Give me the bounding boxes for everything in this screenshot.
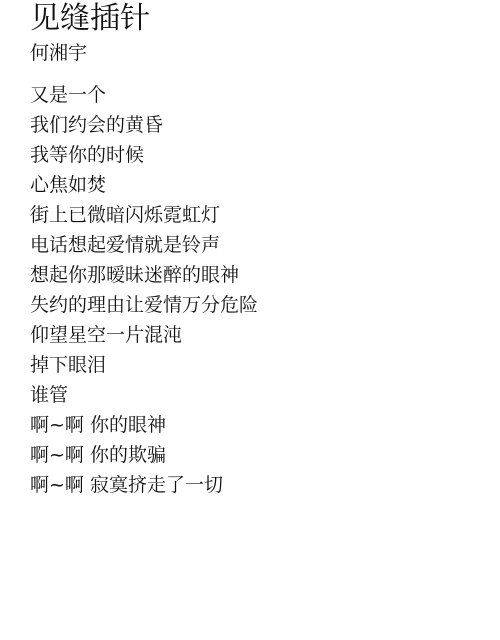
lyric-line: 心焦如焚 [30,170,500,200]
lyric-line: 想起你那暧昧迷醉的眼神 [30,260,500,290]
lyric-line: 我们约会的黄昏 [30,110,500,140]
lyric-line: 掉下眼泪 [30,350,500,380]
lyric-line: 又是一个 [30,80,500,110]
lyric-line: 谁管 [30,380,500,410]
lyric-line: 啊~啊 寂寞挤走了一切 [30,470,500,500]
song-title: 见缝插针 [30,0,500,38]
lyrics-page: 见缝插针 何湘宇 又是一个 我们约会的黄昏 我等你的时候 心焦如焚 街上已微暗闪… [30,0,500,500]
lyric-line: 失约的理由让爱情万分危险 [30,290,500,320]
lyric-line: 街上已微暗闪烁霓虹灯 [30,200,500,230]
lyric-line: 啊~啊 你的眼神 [30,410,500,440]
lyric-line: 电话想起爱情就是铃声 [30,230,500,260]
song-artist: 何湘宇 [30,40,500,66]
lyric-line: 仰望星空一片混沌 [30,320,500,350]
lyric-line: 啊~啊 你的欺骗 [30,440,500,470]
lyric-line: 我等你的时候 [30,140,500,170]
lyrics-list: 又是一个 我们约会的黄昏 我等你的时候 心焦如焚 街上已微暗闪烁霓虹灯 电话想起… [30,80,500,500]
